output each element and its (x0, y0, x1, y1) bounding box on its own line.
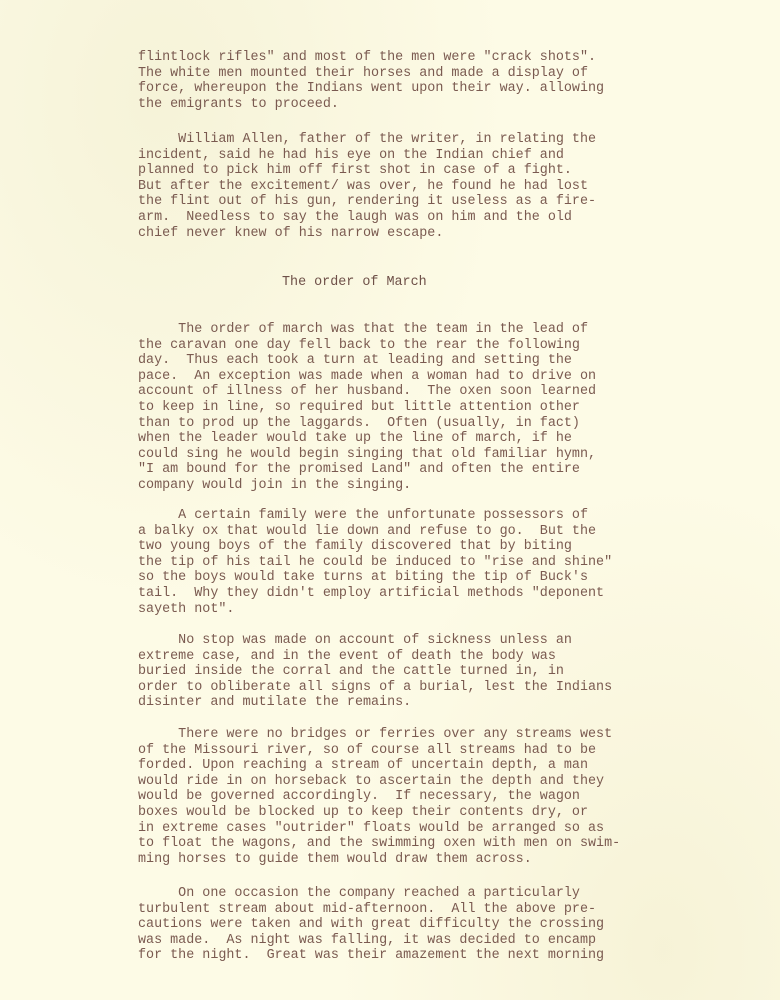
text-line: for the night. Great was their amazement… (138, 948, 728, 964)
text-line: A certain family were the unfortunate po… (138, 508, 728, 524)
paragraph-streams: There were no bridges or ferries over an… (138, 727, 728, 867)
text-line: two young boys of the family discovered … (138, 539, 728, 555)
text-line: the caravan one day fell back to the rea… (138, 338, 728, 354)
text-line: ming horses to guide them would draw the… (138, 852, 728, 868)
text-line: The white men mounted their horses and m… (138, 66, 728, 82)
text-line: forded. Upon reaching a stream of uncert… (138, 758, 728, 774)
paragraph-order-of-march: The order of march was that the team in … (138, 322, 728, 494)
text-line: than to prod up the laggards. Often (usu… (138, 416, 728, 432)
text-line: flintlock rifles" and most of the men we… (138, 50, 728, 66)
text-line: disinter and mutilate the remains. (138, 695, 728, 711)
text-line: could sing he would begin singing that o… (138, 447, 728, 463)
text-line: the tip of his tail he could be induced … (138, 555, 728, 571)
text-line: the emigrants to proceed. (138, 97, 728, 113)
text-line: pace. An exception was made when a woman… (138, 369, 728, 385)
text-line: boxes would be blocked up to keep their … (138, 805, 728, 821)
paragraph-sickness: No stop was made on account of sickness … (138, 633, 728, 711)
text-line: On one occasion the company reached a pa… (138, 886, 728, 902)
text-line: was made. As night was falling, it was d… (138, 933, 728, 949)
text-line: to keep in line, so required but little … (138, 400, 728, 416)
paragraph-turbulent-stream: On one occasion the company reached a pa… (138, 886, 728, 964)
text-line: of the Missouri river, so of course all … (138, 743, 728, 759)
text-line: so the boys would take turns at biting t… (138, 570, 728, 586)
text-line: to float the wagons, and the swimming ox… (138, 836, 728, 852)
text-line: buried inside the corral and the cattle … (138, 664, 728, 680)
text-line: planned to pick him off first shot in ca… (138, 163, 728, 179)
paragraph-william-allen: William Allen, father of the writer, in … (138, 132, 728, 241)
text-line: force, whereupon the Indians went upon t… (138, 81, 728, 97)
text-line: day. Thus each took a turn at leading an… (138, 353, 728, 369)
text-line: order to obliberate all signs of a buria… (138, 680, 728, 696)
text-line: chief never knew of his narrow escape. (138, 226, 728, 242)
text-line: when the leader would take up the line o… (138, 431, 728, 447)
text-line: company would join in the singing. (138, 478, 728, 494)
text-line: the flint out of his gun, rendering it u… (138, 194, 728, 210)
text-line: sayeth not". (138, 602, 728, 618)
text-line: would ride in on horseback to ascertain … (138, 774, 728, 790)
text-line: But after the excitement/ was over, he f… (138, 179, 728, 195)
text-line: extreme case, and in the event of death … (138, 649, 728, 665)
text-line: "I am bound for the promised Land" and o… (138, 462, 728, 478)
typewritten-page: flintlock rifles" and most of the men we… (0, 0, 780, 1000)
text-line: No stop was made on account of sickness … (138, 633, 728, 649)
text-line: turbulent stream about mid-afternoon. Al… (138, 902, 728, 918)
text-line: There were no bridges or ferries over an… (138, 727, 728, 743)
text-line: William Allen, father of the writer, in … (138, 132, 728, 148)
text-line: a balky ox that would lie down and refus… (138, 524, 728, 540)
paragraph-balky-ox: A certain family were the unfortunate po… (138, 508, 728, 617)
paragraph-flintlock: flintlock rifles" and most of the men we… (138, 50, 728, 112)
text-line: account of illness of her husband. The o… (138, 384, 728, 400)
text-line: arm. Needless to say the laugh was on hi… (138, 210, 728, 226)
text-line: incident, said he had his eye on the Ind… (138, 148, 728, 164)
text-line: cautions were taken and with great diffi… (138, 917, 728, 933)
text-line: would be governed accordingly. If necess… (138, 789, 728, 805)
text-line: tail. Why they didn't employ artificial … (138, 586, 728, 602)
text-line: The order of march was that the team in … (138, 322, 728, 338)
text-line: in extreme cases "outrider" floats would… (138, 821, 728, 837)
section-heading: The order of March (282, 275, 427, 290)
